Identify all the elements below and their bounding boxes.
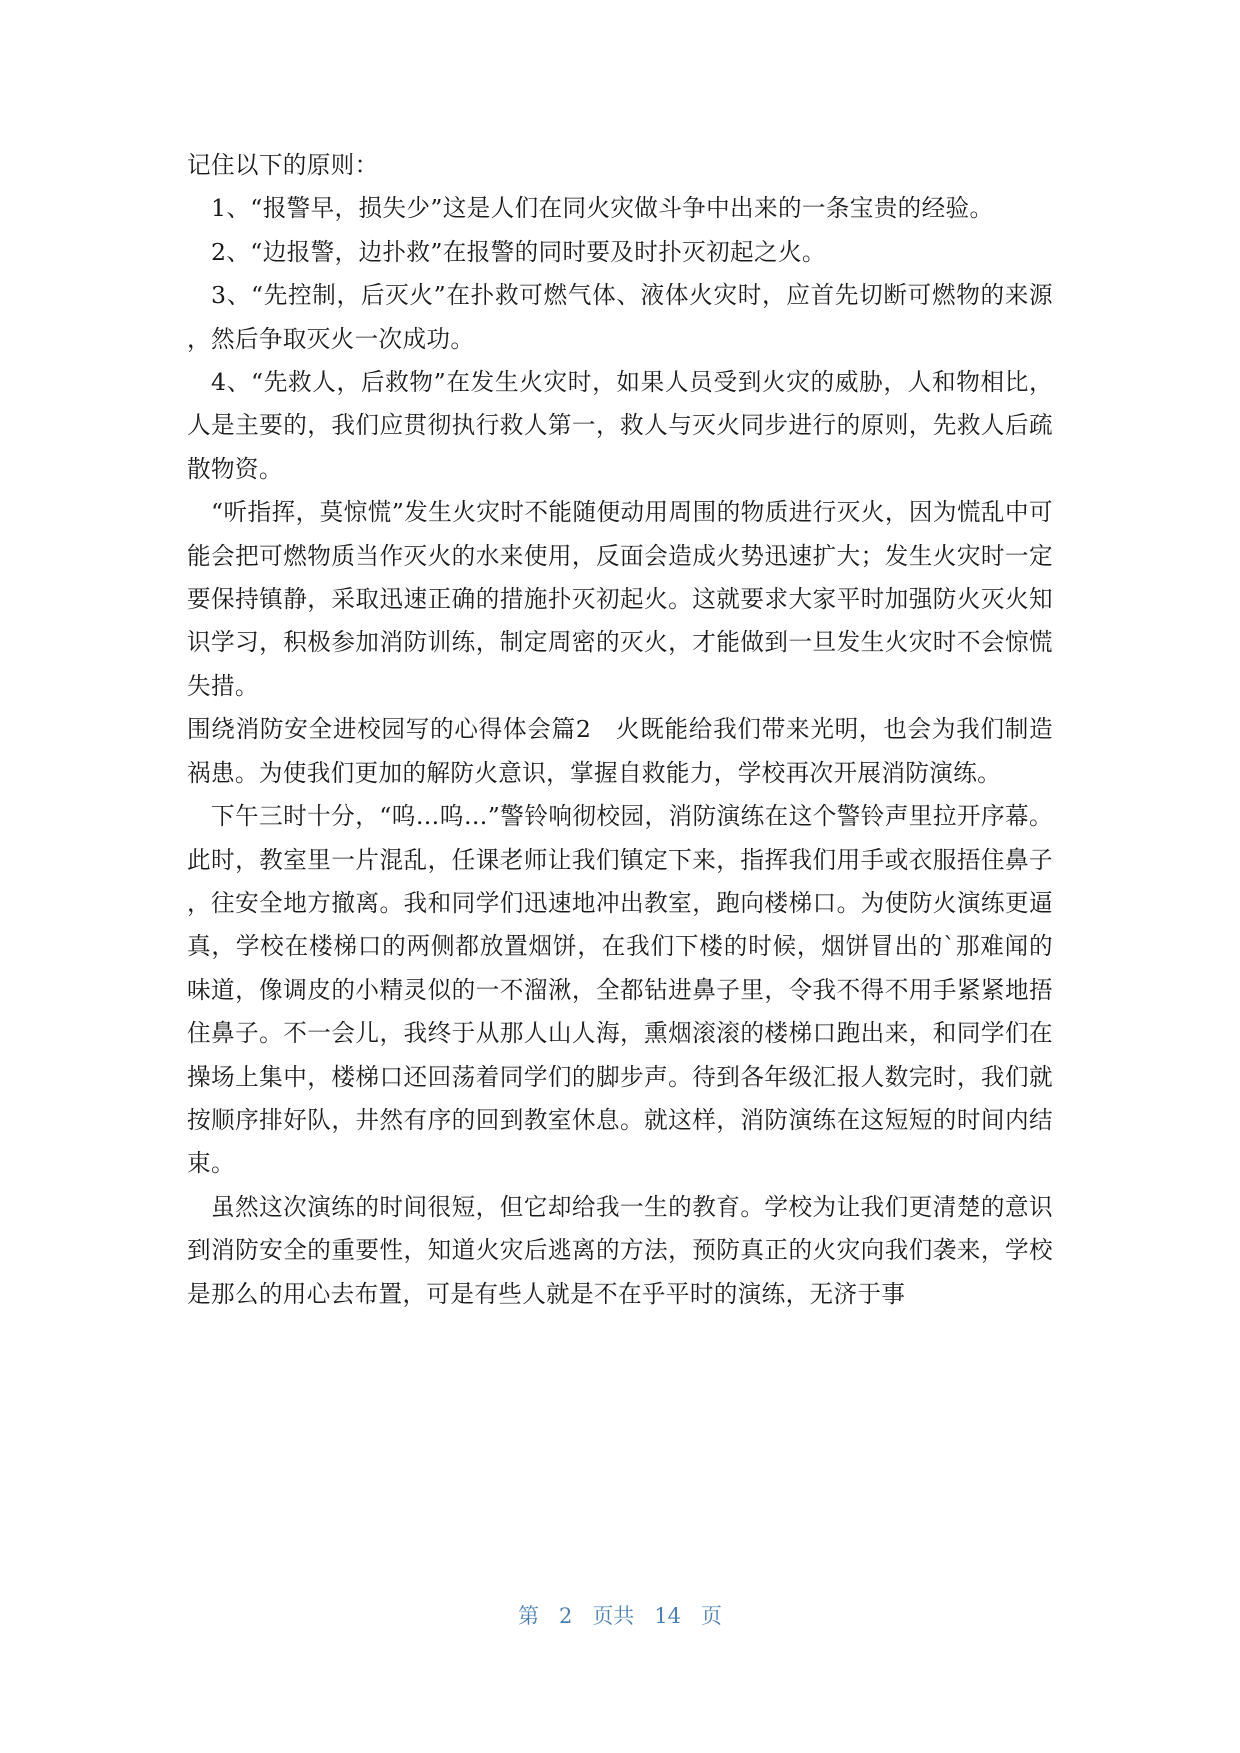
paragraph-principle-2: 2、“边报警，边扑救”在报警的同时要及时扑灭初起之火。 <box>187 231 1053 274</box>
footer-current-page: 2 <box>559 1604 572 1628</box>
paragraph-essay-2-heading: 围绕消防安全进校园写的心得体会篇2 火既能给我们带来光明，也会为我们制造祸患。为… <box>187 708 1053 795</box>
document-page: 记住以下的原则： 1、“报警早，损失少”这是人们在同火灾做斗争中出来的一条宝贵的… <box>0 0 1240 1753</box>
paragraph-principles-intro: 记住以下的原则： <box>187 144 1053 187</box>
footer-suffix: 页 <box>701 1600 722 1630</box>
document-body: 记住以下的原则： 1、“报警早，损失少”这是人们在同火灾做斗争中出来的一条宝贵的… <box>187 144 1053 1316</box>
paragraph-principle-3: 3、“先控制，后灭火”在扑救可燃气体、液体火灾时，应首先切断可燃物的来源，然后争… <box>187 274 1053 361</box>
footer-middle: 页共 <box>592 1600 634 1630</box>
footer-prefix: 第 <box>518 1600 539 1630</box>
paragraph-drill-reflection: 虽然这次演练的时间很短，但它却给我一生的教育。学校为让我们更清楚的意识到消防安全… <box>187 1186 1053 1316</box>
paragraph-drill-narrative: 下午三时十分，“呜…呜…”警铃响彻校园，消防演练在这个警铃声里拉开序幕。此时，教… <box>187 795 1053 1186</box>
paragraph-principle-4: 4、“先救人，后救物”在发生火灾时，如果人员受到火灾的威胁，人和物相比，人是主要… <box>187 361 1053 491</box>
paragraph-listen-command: “听指挥，莫惊慌”发生火灾时不能随便动用周围的物质进行灭火，因为慌乱中可能会把可… <box>187 491 1053 708</box>
page-footer: 第2页共14页 <box>0 1600 1240 1630</box>
footer-total-pages: 14 <box>654 1604 681 1628</box>
paragraph-principle-1: 1、“报警早，损失少”这是人们在同火灾做斗争中出来的一条宝贵的经验。 <box>187 187 1053 230</box>
